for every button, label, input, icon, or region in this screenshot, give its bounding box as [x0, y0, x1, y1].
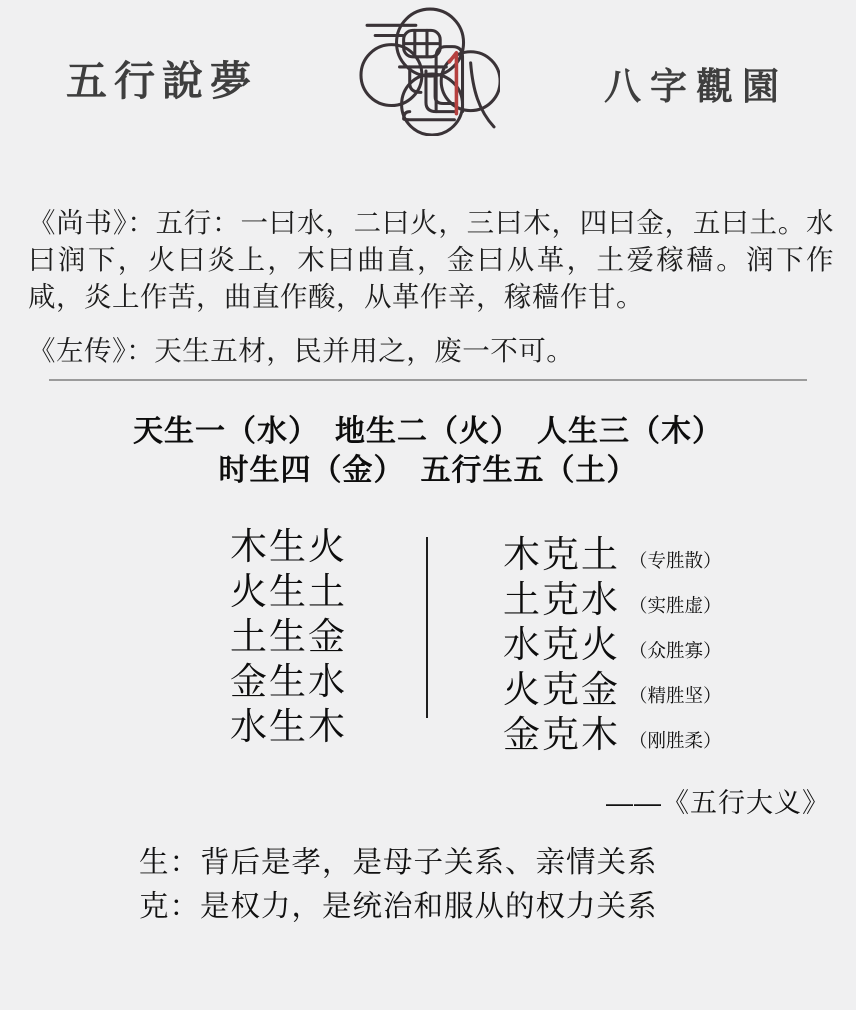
sheng-cycle-list: 木生火 火生土 土生金 金生水 水生木 [196, 524, 381, 749]
sheng-item: 金生水 [196, 659, 381, 704]
sheng-item: 火生土 [196, 569, 381, 614]
sheng-interpretation: 生：背后是孝，是母子关系、亲情关系 [139, 841, 658, 885]
ke-item: 水克火 （众胜寡） [503, 614, 823, 659]
generation-heading-line2: 时生四（金） 五行生五（土） [0, 451, 856, 490]
ke-item-note: （专胜散） [629, 547, 722, 573]
seal-logo-icon [356, 4, 500, 136]
ke-item-note: （刚胜柔） [629, 727, 722, 753]
horizontal-divider [49, 379, 807, 381]
ke-item-note: （众胜寡） [629, 637, 722, 663]
sheng-item: 土生金 [196, 614, 381, 659]
generation-heading: 天生一（水） 地生二（火） 人生三（木） 时生四（金） 五行生五（土） [0, 412, 856, 490]
vertical-divider [426, 537, 428, 718]
shangshu-quote: 《尚书》：五行：一曰水，二曰火，三曰木，四曰金，五曰土。水曰润下，火曰炎上，木曰… [28, 204, 834, 315]
ke-item: 木克土 （专胜散） [503, 524, 823, 569]
ke-item-main: 金克木 [503, 704, 620, 758]
right-brand-title: 八字觀園 [604, 56, 788, 110]
interpretation-notes: 生：背后是孝，是母子关系、亲情关系 克：是权力，是统治和服从的权力关系 [139, 841, 658, 929]
ke-item-note: （精胜坚） [629, 682, 722, 708]
left-brand-title: 五行說夢 [66, 48, 258, 107]
sheng-item: 水生木 [196, 704, 381, 749]
five-elements-card: 五行說夢 [0, 0, 856, 1010]
ke-cycle-list: 木克土 （专胜散） 土克水 （实胜虚） 水克火 （众胜寡） 火克金 （精胜坚） … [503, 524, 823, 749]
source-attribution: ——《五行大义》 [606, 781, 830, 820]
ke-item-note: （实胜虚） [629, 592, 722, 618]
ke-item: 土克水 （实胜虚） [503, 569, 823, 614]
sheng-item: 木生火 [196, 524, 381, 569]
ke-item: 金克木 （刚胜柔） [503, 704, 823, 749]
ke-item: 火克金 （精胜坚） [503, 659, 823, 704]
guan-yuan-seal-logo [356, 4, 500, 136]
zuozhuan-quote: 《左传》：天生五材，民并用之，废一不可。 [28, 332, 834, 369]
generation-heading-line1: 天生一（水） 地生二（火） 人生三（木） [0, 412, 856, 451]
ke-interpretation: 克：是权力，是统治和服从的权力关系 [139, 885, 658, 929]
